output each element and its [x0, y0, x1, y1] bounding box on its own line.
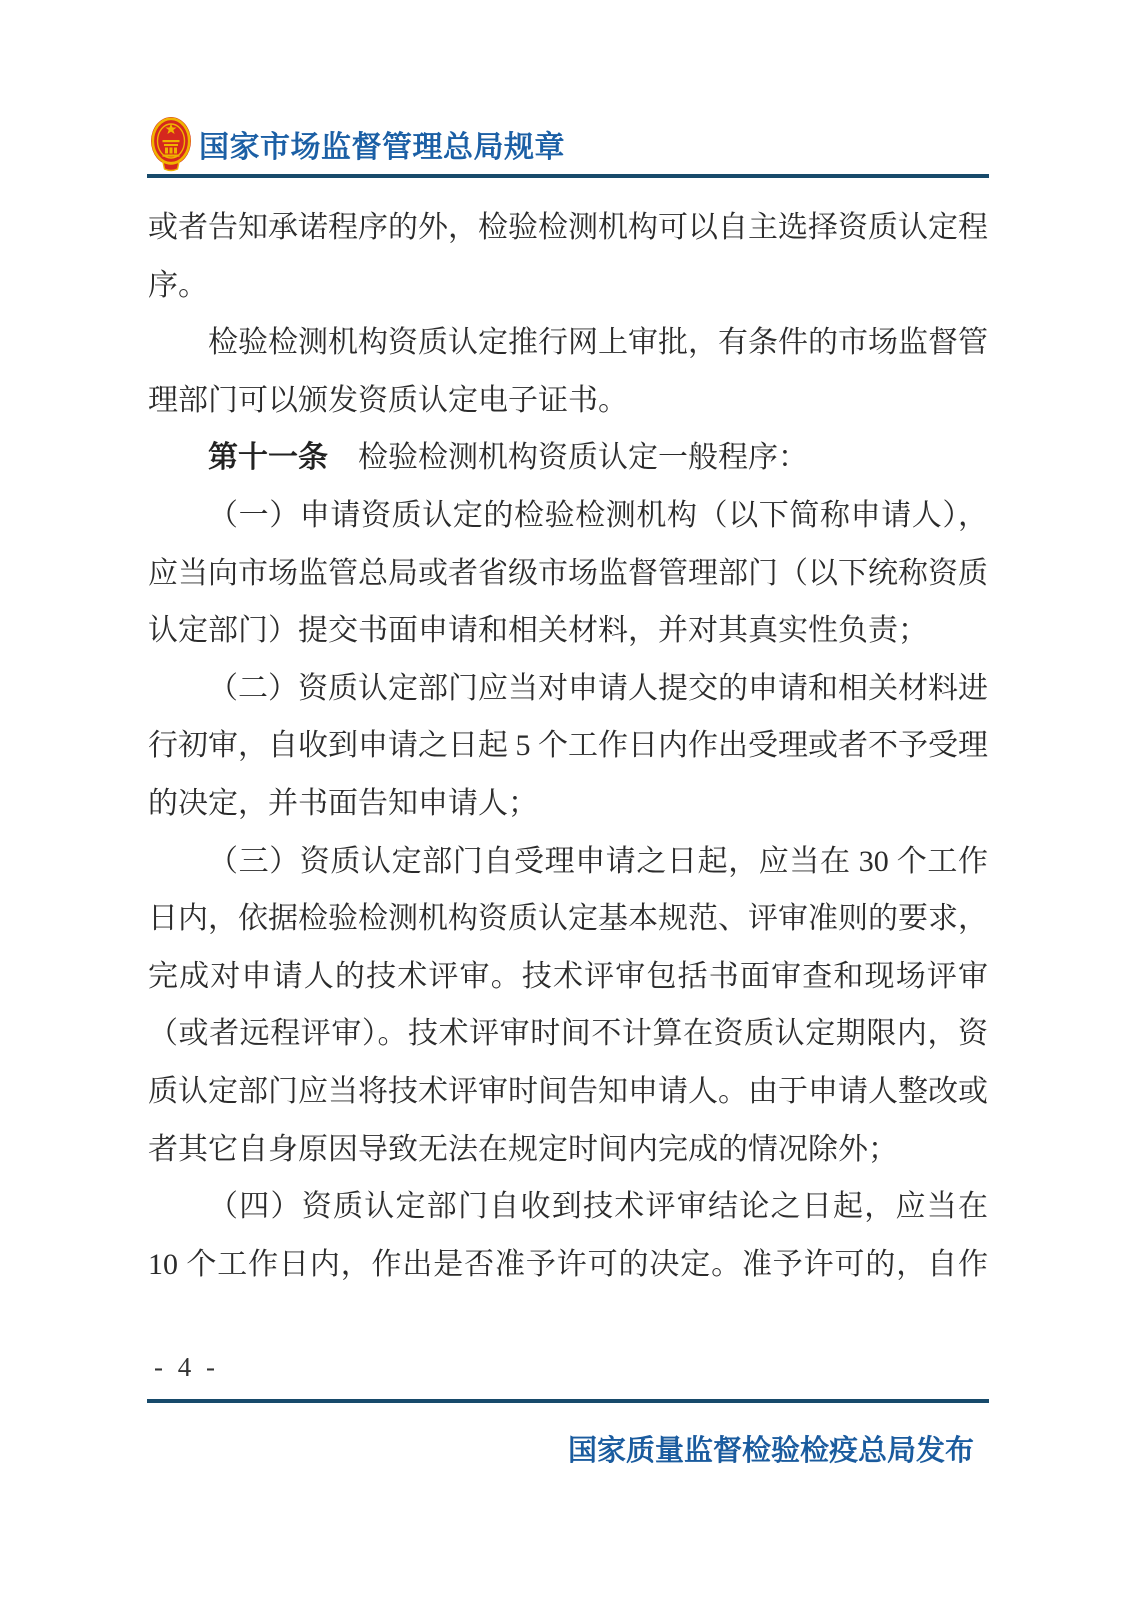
body-line: （或者远程评审）。技术评审时间不计算在资质认定期限内，资: [148, 1005, 988, 1063]
body-line: 质认定部门应当将技术评审时间告知申请人。由于申请人整改或: [148, 1063, 988, 1121]
publisher-label: 国家质量监督检验检疫总局发布: [568, 1428, 974, 1469]
body-line: （四）资质认定部门自收到技术评审结论之日起，应当在: [148, 1178, 988, 1236]
document-page: 国家市场监督管理总局规章 或者告知承诺程序的外，检验检测机构可以自主选择资质认定…: [0, 0, 1131, 1600]
body-line: 检验检测机构资质认定推行网上审批，有条件的市场监督管: [148, 314, 988, 372]
body-line: 第十一条 检验检测机构资质认定一般程序：: [148, 429, 988, 487]
body-line: 理部门可以颁发资质认定电子证书。: [148, 372, 988, 430]
body-line: 认定部门）提交书面申请和相关材料，并对其真实性负责；: [148, 602, 988, 660]
body-line: 序。: [148, 257, 988, 315]
body-line: （二）资质认定部门应当对申请人提交的申请和相关材料进: [148, 660, 988, 718]
body-line: （一）申请资质认定的检验检测机构（以下简称申请人），: [148, 487, 988, 545]
body-line: （三）资质认定部门自受理申请之日起，应当在 30 个工作: [148, 833, 988, 891]
article-number: 第十一条: [208, 441, 328, 474]
footer-rule: [147, 1399, 989, 1403]
body-line: 者其它自身原因导致无法在规定时间内完成的情况除外；: [148, 1121, 988, 1179]
body-line: 日内，依据检验检测机构资质认定基本规范、评审准则的要求，: [148, 890, 988, 948]
national-emblem-icon: [150, 116, 192, 172]
body-line: 应当向市场监管总局或者省级市场监督管理部门（以下统称资质: [148, 545, 988, 603]
body-line: 的决定，并书面告知申请人；: [148, 775, 988, 833]
body-line: 行初审，自收到申请之日起 5 个工作日内作出受理或者不予受理: [148, 717, 988, 775]
header-row: 国家市场监督管理总局规章: [150, 116, 990, 172]
header-rule: [147, 174, 989, 178]
document-body-text: 或者告知承诺程序的外，检验检测机构可以自主选择资质认定程序。检验检测机构资质认定…: [148, 199, 988, 1293]
page-number: - 4 -: [154, 1352, 219, 1383]
body-line: 或者告知承诺程序的外，检验检测机构可以自主选择资质认定程: [148, 199, 988, 257]
body-line: 10 个工作日内，作出是否准予许可的决定。准予许可的，自作: [148, 1236, 988, 1294]
body-line: 完成对申请人的技术评审。技术评审包括书面审查和现场评审: [148, 948, 988, 1006]
header-title: 国家市场监督管理总局规章: [199, 122, 565, 166]
